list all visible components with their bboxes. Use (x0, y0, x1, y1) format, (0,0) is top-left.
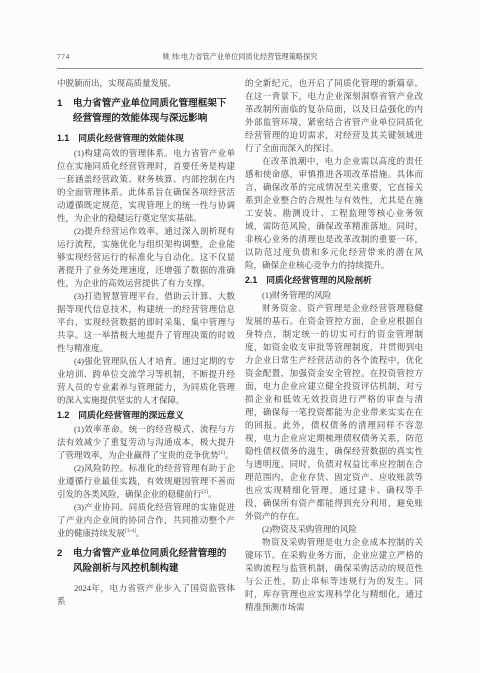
right-column: 的全新纪元，也开启了同质化管理的新篇章。在这一背景下，电力企业深刻洞察省管产业改… (245, 77, 423, 614)
subsection-heading: 1.1同质化经营管理的效能体现 (57, 132, 235, 146)
paragraph: 财务资金、资产管理是企业经营管理稳健发展的基石。在资金管控方面，企业应根据自身特… (245, 302, 423, 523)
paragraph: (1)效率革命。统一的经营模式、流程与方法有效减少了重复劳动与沟通成本，极大提升… (57, 423, 235, 462)
paragraph: (2)物资及采购管理的风险 (245, 523, 423, 536)
paragraph: (4)强化管理队伍人才培育。通过定期的专业培训、跨单位交流学习等机制，不断提升经… (57, 355, 235, 407)
subsection-title: 同质化经营管理的风险剖析 (266, 275, 372, 285)
subsection-heading: 1.2同质化经营管理的深远意义 (57, 409, 235, 423)
section-title: 电力省管产业单位同质化经营管理的风险剖析与风控机制构建 (73, 547, 235, 576)
section-number: 2 (57, 547, 73, 576)
paragraph: 在改革浪潮中，电力企业需以高度的责任感和使命感，审慎推进各项改革措施。具体而言，… (245, 155, 423, 272)
two-column-body: 中脱颖而出，实现高质量发展。1电力省管产业单位同质化管理框架下经营管理的效能体现… (0, 75, 480, 614)
paragraph: (3)打造智慧管理平台。借助云计算、大数据等现代信息技术，构建统一的经营管理信息… (57, 290, 235, 355)
paragraph: 物资及采购管理是电力企业成本控制的关键环节。在采购业务方面，企业应建立严格的采购… (245, 536, 423, 614)
subsection-title: 同质化经营管理的深远意义 (78, 410, 184, 420)
citation-ref: [1] (219, 450, 225, 456)
subsection-heading: 2.1同质化经营管理的风险剖析 (245, 274, 423, 288)
subsection-number: 1.2 (57, 410, 69, 420)
section-title: 电力省管产业单位同质化管理框架下经营管理的效能体现与深远影响 (73, 97, 235, 126)
paper-page: 774 姚 炜:电力省管产业单位同质化经营管理策略探究 中脱颖而出，实现高质量发… (0, 0, 480, 673)
section-heading: 1电力省管产业单位同质化管理框架下经营管理的效能体现与深远影响 (57, 97, 235, 126)
subsection-title: 同质化经营管理的效能体现 (78, 133, 184, 143)
section-number: 1 (57, 97, 73, 126)
running-title: 姚 炜:电力省管产业单位同质化经营管理策略探究 (57, 52, 423, 62)
paragraph: 的全新纪元，也开启了同质化管理的新篇章。在这一背景下，电力企业深刻洞察省管产业改… (245, 77, 423, 155)
paragraph: (1)构建高效的管理体系。电力省管产业单位在实施同质化经营管理时，首要任务是构建… (57, 147, 235, 225)
citation-ref: [2] (202, 489, 208, 495)
paragraph: (1)财务管理的风险 (245, 289, 423, 302)
paragraph: 2024年，电力省管产业步入了国资监管体系 (57, 582, 235, 608)
header-rule (57, 68, 423, 69)
paragraph: (2)风险防控。标准化的经营管理有助于企业遵循行业最佳实践，有效规避因管理不善而… (57, 462, 235, 501)
subsection-number: 1.1 (57, 133, 69, 143)
paragraph: (2)提升经营运作效率。通过深入剖析现有运行流程，实施优化与组织架构调整，企业能… (57, 225, 235, 290)
paragraph: (3)产业协同。同质化经营管理的实施促进了产业内企业间的协同合作，共同推动整个产… (57, 501, 235, 540)
subsection-number: 2.1 (245, 275, 257, 285)
paragraph: 中脱颖而出，实现高质量发展。 (57, 77, 235, 90)
section-heading: 2电力省管产业单位同质化经营管理的风险剖析与风控机制构建 (57, 547, 235, 576)
citation-ref: [3-4] (125, 528, 136, 534)
page-header: 774 姚 炜:电力省管产业单位同质化经营管理策略探究 (57, 52, 423, 64)
left-column: 中脱颖而出，实现高质量发展。1电力省管产业单位同质化管理框架下经营管理的效能体现… (57, 77, 235, 614)
